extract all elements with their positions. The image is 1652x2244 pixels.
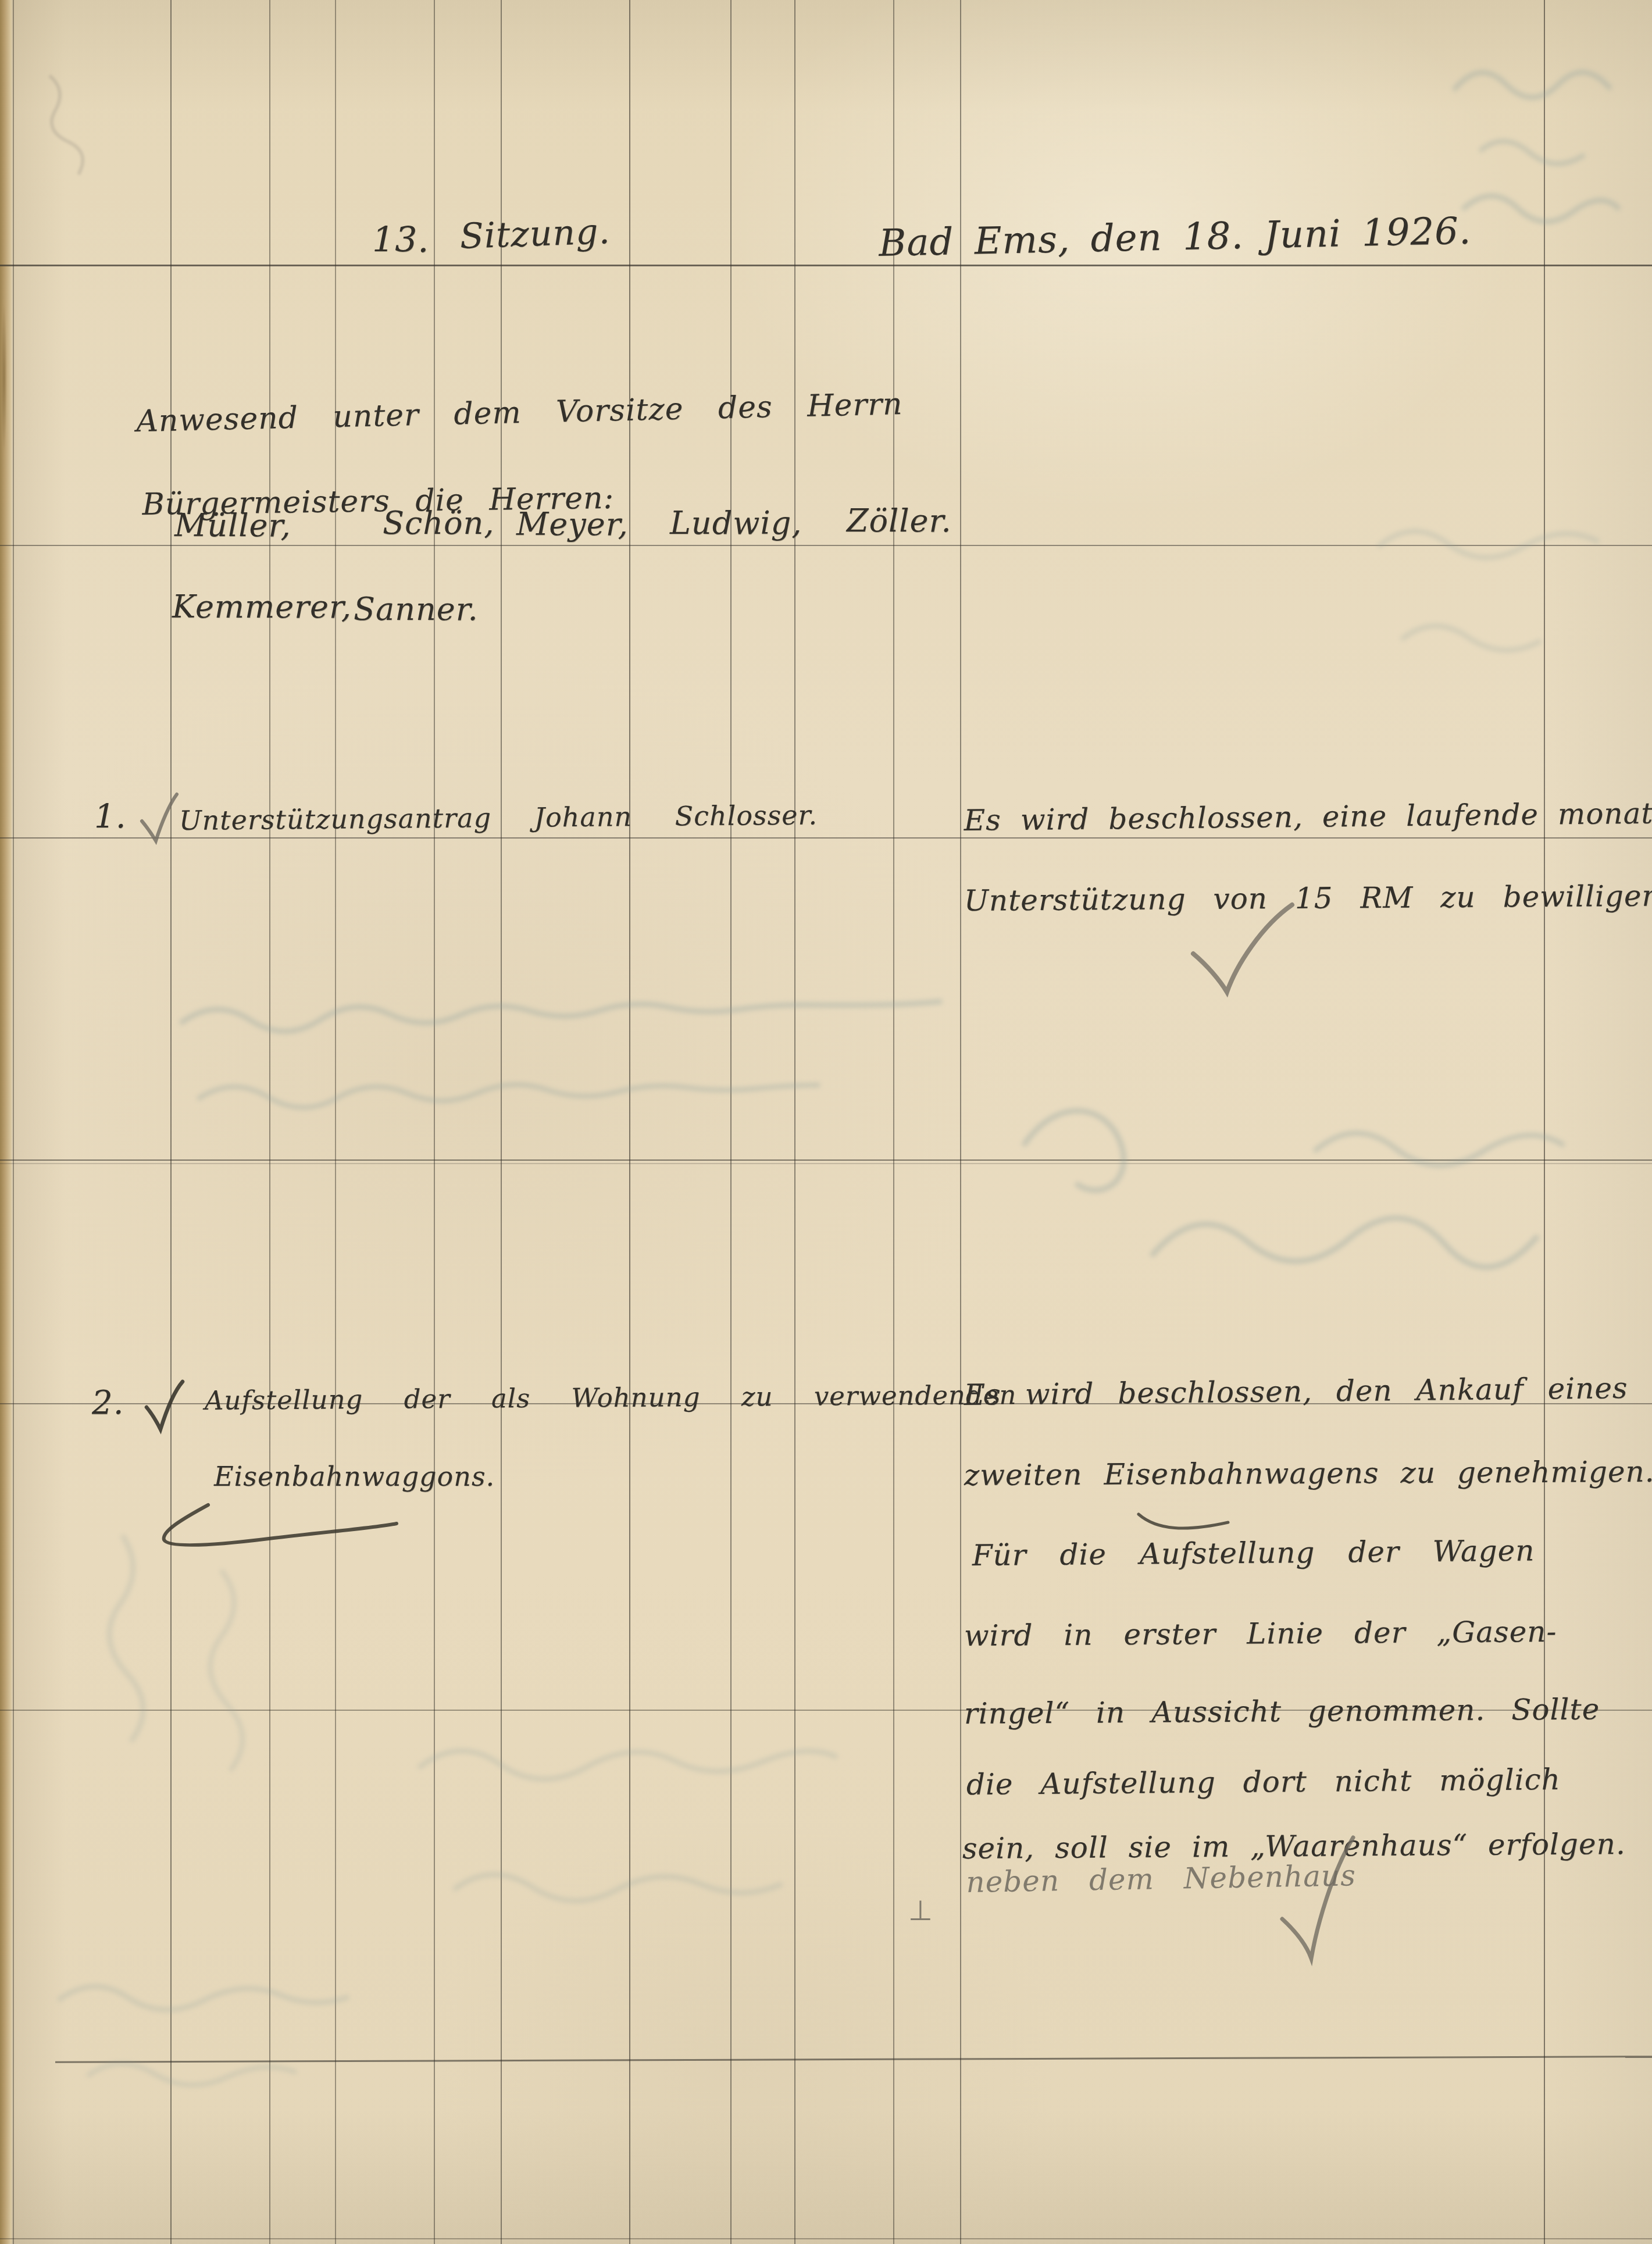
ruled-line-vertical	[269, 0, 270, 2244]
item-2-resolution-line: Es wird beschlossen, den Ankauf eines	[964, 1371, 1628, 1412]
ruled-line-vertical	[501, 0, 502, 2244]
ruled-line-vertical	[335, 0, 336, 2244]
show-through-ghost	[407, 1715, 872, 1983]
ruled-line-horizontal	[0, 2238, 1652, 2239]
attendance-line-1: Anwesend unter dem Vorsitze des Herrn	[136, 387, 904, 439]
ruled-line-horizontal	[0, 545, 1652, 546]
show-through-ghost	[174, 983, 965, 1140]
show-through-ghost	[1366, 500, 1611, 721]
show-through-ghost	[87, 1524, 337, 1884]
ruled-line-vertical	[730, 0, 732, 2244]
checkmark-icon	[1276, 1832, 1358, 1965]
ruled-line-vertical	[1544, 0, 1545, 2244]
item-2-subject-line: Eisenbahnwaggons.	[214, 1461, 495, 1492]
underline-flourish	[1134, 1506, 1233, 1535]
item-2-resolution-line: Für die Aufstellung der Wagen	[972, 1534, 1535, 1572]
ruled-line-vertical	[13, 0, 14, 2244]
ruled-line-vertical	[434, 0, 435, 2244]
item-1-number: 1.	[94, 798, 126, 836]
checkmark-icon	[138, 792, 179, 844]
session-number: 13.	[372, 220, 429, 261]
ruled-line-horizontal	[0, 837, 1652, 839]
attendee-name: Meyer,	[516, 506, 629, 543]
item-1-subject: Unterstützungsantrag Johann Schlosser.	[179, 799, 818, 836]
place-date: Bad Ems, den 18. Juni 1926.	[878, 210, 1471, 265]
attendee-name: Ludwig,	[670, 505, 802, 541]
ruled-line-horizontal	[0, 1163, 1652, 1164]
ruled-line-vertical	[629, 0, 630, 2244]
attendee-name: Zöller.	[847, 502, 952, 539]
insertion-mark: ⊥	[908, 1895, 933, 1927]
checkmark-icon	[142, 1379, 185, 1432]
session-word: Sitzung.	[459, 211, 611, 257]
show-through-ghost	[1448, 41, 1646, 250]
ruled-line-vertical	[893, 0, 894, 2244]
item-2-resolution-line: wird in erster Linie der „Gasen-	[964, 1615, 1557, 1653]
underline-flourish	[152, 1494, 402, 1564]
checkmark-icon	[1186, 900, 1297, 999]
item-1-resolution-line: Es wird beschlossen, eine laufende monat…	[964, 796, 1652, 837]
ruled-line-vertical	[794, 0, 795, 2244]
item-2-resolution-line: zweiten Eisenbahnwagens zu genehmigen.	[964, 1455, 1652, 1492]
ruled-line-vertical	[170, 0, 172, 2244]
item-1-resolution-line: Unterstützung von 15 RM zu bewilligen.	[964, 879, 1652, 918]
ruled-line-vertical	[960, 0, 961, 2244]
show-through-ghost	[1012, 1082, 1605, 1332]
ledger-page: 13. Sitzung. Bad Ems, den 18. Juni 1926.…	[0, 0, 1652, 2244]
show-through-ghost	[32, 70, 102, 180]
item-2-resolution-line: ringel“ in Aussicht genommen. Sollte	[964, 1692, 1600, 1731]
page-binding-edge	[0, 0, 12, 2244]
ruled-line-horizontal	[0, 1160, 1652, 1161]
attendee-name: Sanner.	[354, 591, 479, 627]
attendee-name: Schön,	[383, 505, 494, 541]
attendee-name: Kemmerer,	[172, 588, 352, 625]
paper-shading	[0, 0, 1652, 2244]
item-2-resolution-line: die Aufstellung dort nicht möglich	[966, 1763, 1560, 1801]
ruled-line-horizontal	[0, 265, 1652, 266]
item-2-number: 2.	[92, 1384, 124, 1422]
ruled-line-horizontal	[55, 2056, 1652, 2063]
item-2-subject-line: Aufstellung der als Wohnung zu verwenden…	[205, 1379, 1017, 1416]
show-through-ghost	[47, 1954, 372, 2128]
attendee-name: Müller,	[174, 507, 291, 544]
